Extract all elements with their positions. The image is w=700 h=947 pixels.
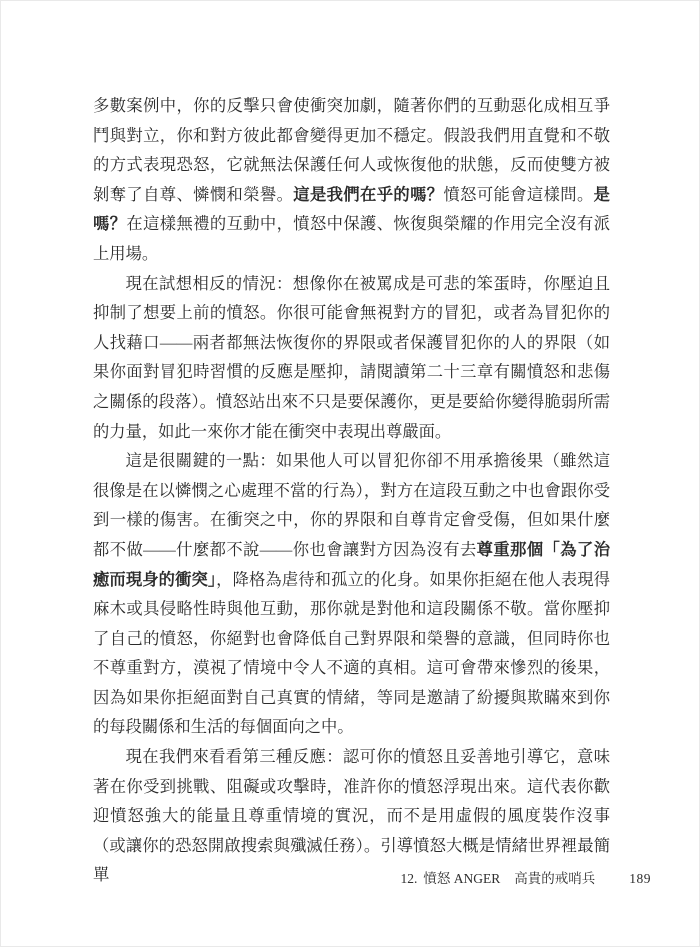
chapter-number: 12. [401, 871, 418, 887]
text-run: ，降格為虐待和孤立的化身。如果你拒絕在他人表現得麻木或具侵略性時與他互動，那你就… [93, 570, 610, 737]
paragraph: 多數案例中，你的反擊只會使衝突加劇，隨著你們的互動惡化成相互爭鬥與對立，你和對方… [93, 91, 610, 269]
chapter-title: 憤怒 ANGER [423, 867, 500, 887]
emphasized-text: 這是我們在乎的嗎？ [293, 185, 443, 204]
chapter-subtitle: 高貴的戒哨兵 [514, 867, 595, 887]
page-footer: 12. 憤怒 ANGER 高貴的戒哨兵 189 [93, 867, 651, 887]
body-text: 多數案例中，你的反擊只會使衝突加劇，隨著你們的互動惡化成相互爭鬥與對立，你和對方… [93, 91, 610, 890]
text-run: 現在試想相反的情況：想像你在被罵成是可悲的笨蛋時，你壓迫且抑制了想要上前的憤怒。… [93, 274, 610, 441]
page-number: 189 [629, 871, 651, 887]
text-run: 在這樣無禮的互動中，憤怒中保護、恢復與榮耀的作用完全沒有派上用場。 [93, 214, 610, 263]
paragraph: 這是很關鍵的一點：如果他人可以冒犯你卻不用承擔後果（雖然這很像是在以憐憫之心處理… [93, 446, 610, 742]
book-page: 多數案例中，你的反擊只會使衝突加劇，隨著你們的互動惡化成相互爭鬥與對立，你和對方… [0, 0, 700, 947]
text-run: 憤怒可能會這樣問。 [443, 185, 593, 204]
text-run: 現在我們來看看第三種反應：認可你的憤怒且妥善地引導它，意味著在你受到挑戰、阻礙或… [93, 747, 610, 884]
paragraph: 現在試想相反的情況：想像你在被罵成是可悲的笨蛋時，你壓迫且抑制了想要上前的憤怒。… [93, 269, 610, 447]
